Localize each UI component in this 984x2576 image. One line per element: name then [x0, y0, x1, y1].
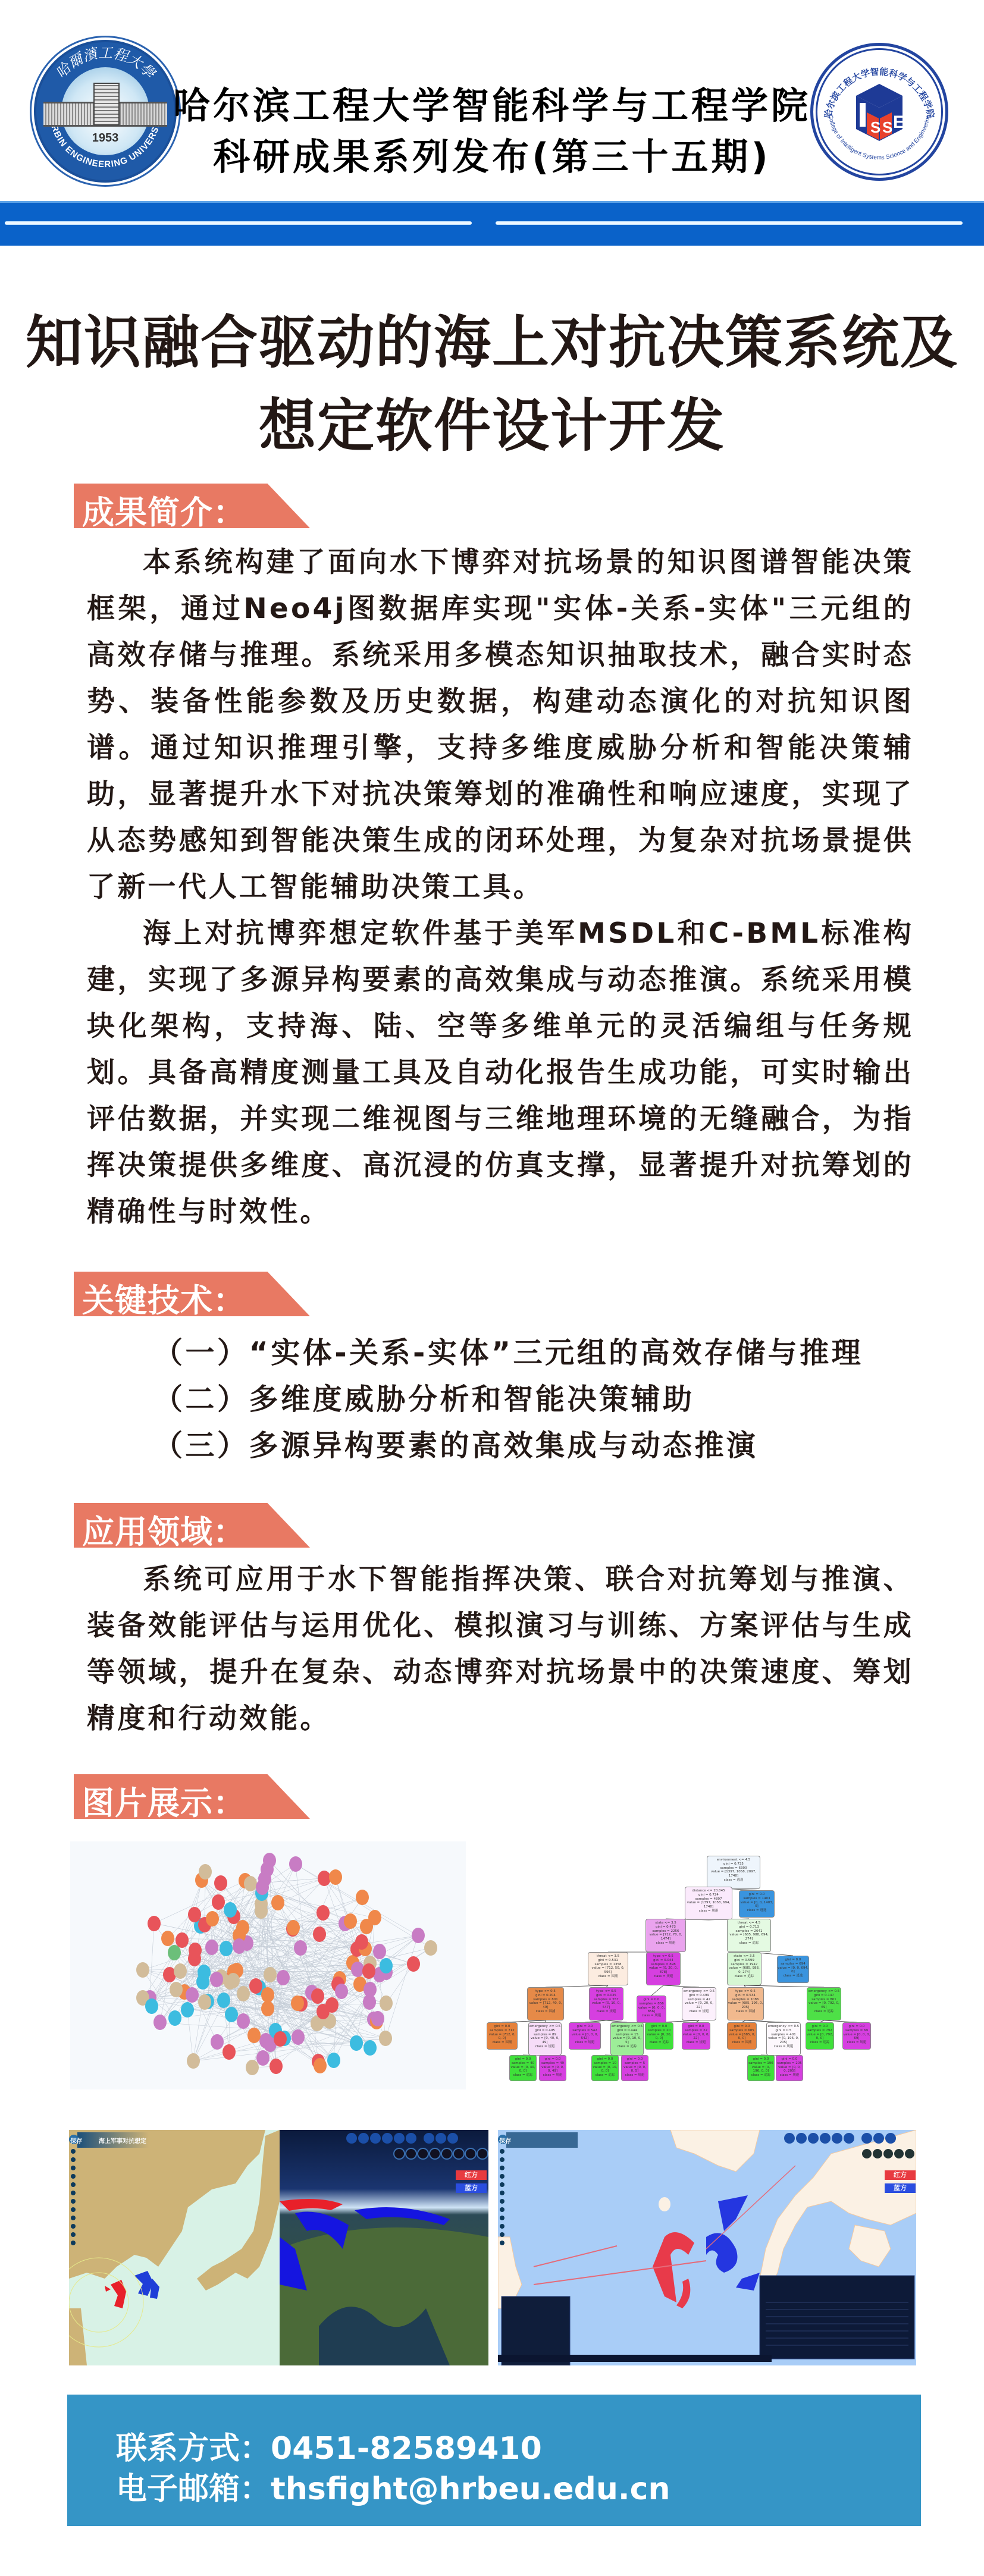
graph-node [269, 2059, 283, 2074]
page-title-line-1: 知识融合驱动的海上对抗决策系统及 [0, 297, 984, 379]
save-button[interactable]: 保存 [70, 2136, 82, 2145]
applications-paragraph: 系统可应用于水下智能指挥决策、联合对抗筹划与推演、装备效能评估与运用优化、模拟演… [87, 1557, 914, 1742]
tree-node: type <= 0.5gini = 0.204samples = 801valu… [527, 1987, 564, 2020]
graph-node [153, 2015, 167, 2030]
tree-node: threat <= 4.5gini = 0.713samples = 2641v… [727, 1919, 771, 1952]
graph-node [181, 2002, 194, 2017]
graph-node [225, 2007, 238, 2022]
graph-node [212, 1894, 225, 1910]
header-divider-bar [0, 201, 984, 246]
graph-node [188, 1907, 201, 1922]
svg-text:S: S [870, 118, 880, 136]
tree-node: type <= 0.5gini = 0.044samples = 898valu… [646, 1952, 681, 1985]
email-label: 电子邮箱： [116, 2471, 271, 2507]
graph-node [407, 1956, 420, 1972]
graph-node [247, 2028, 261, 2043]
graph-node [292, 2029, 305, 2045]
graph-node [373, 1944, 386, 1959]
isse-emblem-icon: 哈尔滨工程大学智能科学与工程学院 College of Intelligent … [813, 46, 945, 178]
tree-node: emergency <= 0.5gini = 0.495samples = 89… [528, 2022, 562, 2056]
graph-node [360, 1919, 373, 1934]
tree-node: gini = 0.0samples = 10value = [0, 10, 0,… [591, 2055, 619, 2081]
key-tech-item-2: （二）多维度威胁分析和智能决策辅助 [153, 1376, 695, 1418]
graph-node [274, 2031, 287, 2047]
graph-node [256, 2050, 269, 2066]
graph-node [316, 2004, 330, 2019]
graph-node [424, 1940, 437, 1956]
scenario-panel-title: 海上军事对抗想定 [99, 2136, 146, 2145]
scenario-map-screenshot: 保存 红方 蓝方 [498, 2130, 916, 2365]
graph-node [277, 1970, 290, 1985]
tree-node: gini = 0.0samples = 5value = [0, 0, 0, 5… [621, 2055, 648, 2081]
section-heading: 应用领域： [82, 1507, 246, 1552]
blue-side-button[interactable]: 蓝方 [456, 2183, 487, 2193]
red-side-button[interactable]: 红方 [456, 2170, 487, 2180]
page-title-line-2: 想定软件设计开发 [0, 381, 984, 462]
graph-node [168, 1945, 181, 1960]
graph-node [329, 1869, 342, 1885]
summary-paragraph-1: 本系统构建了面向水下博弈对抗场景的知识图谱智能决策框架，通过Neo4j图数据库实… [87, 539, 914, 911]
tree-node: state <= 3.5gini = 0.473samples = 2256va… [645, 1919, 686, 1952]
graph-node [233, 1938, 246, 1954]
summary-paragraph-2: 海上对抗博弈想定软件基于美军MSDL和C-BML标准构建，实现了多源异构要素的高… [87, 911, 914, 1235]
graph-node [363, 1982, 377, 1997]
tree-node: emergency <= 0.5gini = 0.444samples = 15… [610, 2022, 644, 2056]
section-tag-key-tech: 关键技术： [74, 1272, 310, 1316]
tree-node: emergency <= 0.5gini = 0.5samples = 401v… [766, 2022, 801, 2056]
svg-text:E: E [893, 112, 905, 132]
graph-node [246, 2060, 259, 2075]
graph-node [161, 1931, 174, 1946]
tree-node: gini = 0.0samples = 69value = [0, 0, 0, … [842, 2022, 871, 2050]
graph-node [223, 2044, 236, 2060]
graph-node [224, 1902, 237, 1918]
tree-node: gini = 0.0samples = 22value = [0, 0, 0, … [682, 2022, 710, 2050]
divider-stripe-left [5, 221, 472, 225]
tree-node: type <= 0.5gini = 0.534samples = 1086val… [727, 1987, 764, 2020]
tree-node: gini = 0.0samples = 694value = [0, 0, 69… [777, 1956, 809, 1983]
graph-node [205, 1940, 218, 1955]
tree-node: state <= 3.5gini = 0.599samples = 1947va… [727, 1952, 761, 1985]
graph-node [335, 1984, 348, 1999]
tree-node: emergency <= 0.5gini = 0.147samples = 86… [807, 1987, 841, 2020]
graph-node [313, 1926, 326, 1942]
section-heading: 成果简介： [82, 487, 246, 533]
contact-phone-line: 联系方式：0451-82589410 [116, 2423, 542, 2468]
blue-side-button[interactable]: 蓝方 [885, 2183, 916, 2193]
section-tag-summary: 成果简介： [74, 484, 310, 528]
graph-node [249, 1978, 262, 1994]
graph-node [145, 1998, 158, 2014]
graph-node [196, 1974, 209, 1990]
graph-node [363, 2040, 377, 2056]
graph-node [350, 2035, 363, 2051]
scenario-2d-3d-screenshot: 保存 海上军事对抗想定 红方 蓝方 [69, 2130, 488, 2365]
tree-node: gini = 0.0samples = 20value = [0, 20, 0,… [645, 2022, 673, 2050]
key-tech-item-3: （三）多源异构要素的高效集成与动态推演 [153, 1423, 759, 1464]
section-heading: 关键技术： [82, 1275, 246, 1321]
contact-box: 联系方式：0451-82589410 电子邮箱：thsfight@hrbeu.e… [67, 2395, 921, 2526]
graph-node [211, 2034, 224, 2050]
graph-node [244, 1876, 257, 1891]
tree-node: emergency <= 0.5gini = 0.499samples = 42… [682, 1987, 716, 2020]
graph-node [187, 2053, 200, 2069]
tree-node: gini = 0.0samples = 196value = [0, 196, … [747, 2055, 775, 2081]
tree-node: distance <= 20.045gini = 0.724samples = … [685, 1887, 732, 1920]
applications-text: 系统可应用于水下智能指挥决策、联合对抗筹划与推演、装备效能评估与运用优化、模拟演… [87, 1557, 914, 1742]
graph-node [271, 1895, 284, 1910]
graph-node [355, 1934, 368, 1950]
tree-node: gini = 0.0samples = 542value = [0, 0, 0,… [569, 2022, 601, 2050]
graph-node [220, 1941, 233, 1956]
key-tech-item-1: （一）“实体-关系-实体”三元组的高效存储与推理 [153, 1330, 863, 1372]
graph-node [188, 1951, 201, 1966]
section-tag-applications: 应用领域： [74, 1503, 310, 1548]
graph-node [316, 1905, 330, 1921]
decision-tree-image: environment <= 4.5gini = 0.735samples = … [487, 1850, 915, 2082]
save-button[interactable]: 保存 [499, 2136, 511, 2145]
red-side-button[interactable]: 红方 [885, 2170, 916, 2180]
scenario-map-graphic [69, 2130, 488, 2365]
tree-node: type <= 0.5gini = 0.035samples = 557valu… [589, 1987, 623, 2020]
graph-node [412, 1928, 425, 1943]
scenario-map-graphic [498, 2130, 916, 2365]
section-heading: 图片展示： [82, 1778, 246, 1824]
tree-node: gini = 0.0samples = 792value = [0, 792, … [806, 2022, 834, 2050]
phone-number[interactable]: 0451-82589410 [271, 2431, 542, 2467]
graph-node [261, 1987, 274, 2003]
graph-node [148, 1916, 161, 1931]
contact-email-line: 电子邮箱：thsfight@hrbeu.edu.cn [116, 2464, 670, 2508]
tree-node: gini = 0.0samples = 205value = [0, 0, 0,… [776, 2055, 803, 2081]
graph-node [311, 1988, 324, 2004]
phone-label: 联系方式： [116, 2431, 271, 2467]
graph-node [170, 1982, 183, 1997]
tree-node: gini = 0.0samples = 49value = [0, 0, 0, … [539, 2055, 566, 2081]
graph-node [264, 1967, 277, 1982]
email-link[interactable]: thsfight@hrbeu.edu.cn [271, 2471, 670, 2507]
tree-node: threat <= 3.5gini = 0.531samples = 1358v… [588, 1952, 628, 1985]
tree-node: gini = 0.0samples = 1403value = [0, 0, 1… [739, 1890, 775, 1918]
tree-node: environment <= 4.5gini = 0.735samples = … [707, 1856, 760, 1889]
graph-node [291, 1995, 304, 2011]
tree-node: gini = 0.0samples = 685value = [685, 0, … [727, 2022, 757, 2050]
tree-node: gini = 0.0samples = 40value = [0, 40, 0,… [509, 2055, 537, 2081]
graph-node [289, 1856, 302, 1872]
tree-node: gini = 0.0samples = 712value = [712, 0, … [487, 2022, 518, 2050]
svg-text:S: S [882, 118, 892, 136]
graph-node [371, 2011, 384, 2026]
tree-node: gini = 0.0samples = 856value = [0, 0, 0,… [637, 1995, 666, 2023]
knowledge-graph-image [70, 1841, 466, 2089]
divider-stripe-right [496, 221, 963, 225]
graph-node [287, 1920, 300, 1935]
college-isse-logo: 哈尔滨工程大学智能科学与工程学院 College of Intelligent … [810, 43, 948, 181]
summary-text: 本系统构建了面向水下博弈对抗场景的知识图谱智能决策框架，通过Neo4j图数据库实… [87, 539, 914, 1235]
section-tag-gallery: 图片展示： [74, 1774, 310, 1819]
